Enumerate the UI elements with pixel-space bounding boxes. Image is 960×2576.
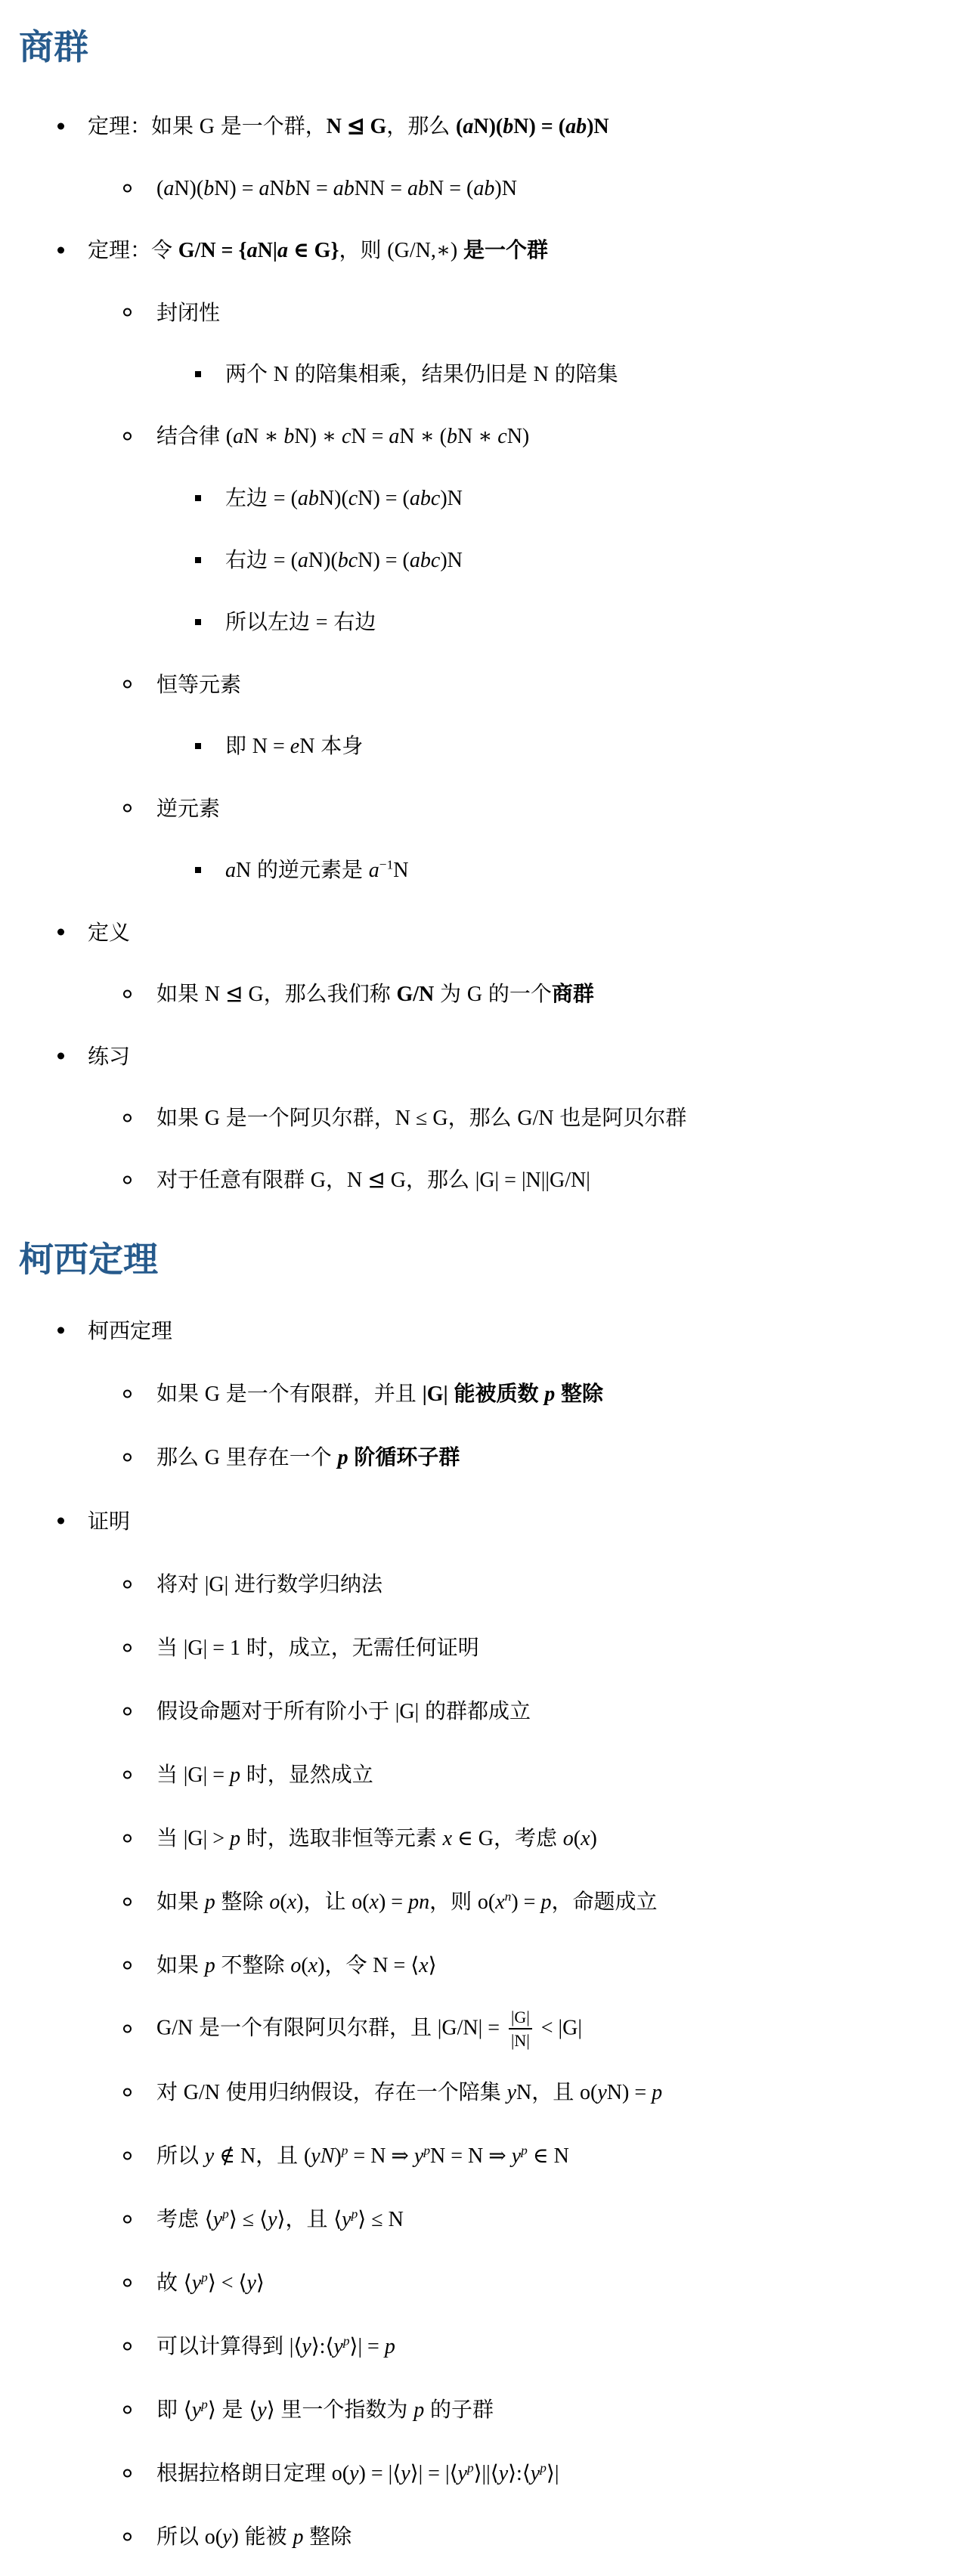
square-bullet-icon (195, 495, 201, 501)
list-item-text: 如果 N ⊴ G，那么我们称 G/N 为 G 的一个商群 (156, 980, 594, 1008)
section-body: 定理：如果 G 是一个群，N ⊴ G，那么 (aN)(bN) = (ab)N (… (0, 95, 960, 1211)
section-heading: 柯西定理 (19, 1240, 960, 1279)
list-item-text: 假设命题对于所有阶小于 |G| 的群都成立 (156, 1698, 531, 1725)
list-item-text: 当 |G| > p 时，选取非恒等元素 x ∈ G，考虑 o(x) (156, 1825, 597, 1852)
disc-bullet-icon (57, 929, 64, 936)
disc-bullet-icon (57, 1327, 64, 1334)
circle-bullet-icon (123, 2025, 132, 2033)
list-item: 所以左边 = 右边 (0, 591, 960, 653)
list-item-text: 两个 N 的陪集相乘，结果仍旧是 N 的陪集 (225, 361, 618, 388)
list-item-text: aN 的逆元素是 a−1N (225, 856, 409, 884)
disc-bullet-icon (57, 247, 64, 254)
disc-bullet-icon (57, 123, 64, 130)
list-item-text: 对于任意有限群 G，N ⊴ G，那么 |G| = |N||G/N| (156, 1166, 590, 1194)
square-bullet-icon (195, 743, 201, 749)
list-item: 定理：令 G/N = {aN|a ∈ G}，则 (G/N,∗) 是一个群 (0, 219, 960, 281)
list-item-text: 那么 G 里存在一个 p 阶循环子群 (156, 1444, 460, 1471)
list-item-text: 根据拉格朗日定理 o(y) = |⟨y⟩| = |⟨yp⟩||⟨y⟩:⟨yp⟩| (156, 2460, 559, 2487)
circle-bullet-icon (123, 2406, 132, 2414)
list-item-text: 定理：令 G/N = {aN|a ∈ G}，则 (G/N,∗) 是一个群 (88, 237, 548, 264)
list-item: 故 ⟨yp⟩ < ⟨y⟩ (0, 2251, 960, 2314)
list-item: 当 |G| = p 时，显然成立 (0, 1743, 960, 1807)
list-item: 假设命题对于所有阶小于 |G| 的群都成立 (0, 1680, 960, 1743)
disc-bullet-icon (57, 1053, 64, 1060)
list-item: 定理：如果 G 是一个群，N ⊴ G，那么 (aN)(bN) = (ab)N (0, 95, 960, 157)
circle-bullet-icon (123, 2279, 132, 2287)
list-item: (aN)(bN) = aNbN = abNN = abN = (ab)N (0, 157, 960, 219)
list-item: 右边 = (aN)(bcN) = (abc)N (0, 529, 960, 591)
list-item: 当 |G| = 1 时，成立，无需任何证明 (0, 1616, 960, 1680)
circle-bullet-icon (123, 2152, 132, 2160)
list-item-text: 结合律 (aN ∗ bN) ∗ cN = aN ∗ (bN ∗ cN) (156, 423, 529, 450)
list-item-text: 所以 o(y) 能被 p 整除 (156, 2523, 351, 2550)
circle-bullet-icon (123, 2215, 132, 2224)
circle-bullet-icon (123, 1961, 132, 1970)
circle-bullet-icon (123, 184, 132, 193)
list-item: 将对 |G| 进行数学归纳法 (0, 1553, 960, 1616)
list-item-text: 证明 (88, 1508, 130, 1534)
list-item: 即 N = eN 本身 (0, 715, 960, 777)
list-item-text: 柯西定理 (88, 1317, 172, 1344)
document-section: 柯西定理 柯西定理 如果 G 是一个有限群，并且 |G| 能被质数 p 整除 那… (0, 1240, 960, 2568)
list-item-text: 如果 G 是一个有限群，并且 |G| 能被质数 p 整除 (156, 1380, 603, 1407)
disc-bullet-icon (57, 1518, 64, 1525)
list-item-text: 即 ⟨yp⟩ 是 ⟨y⟩ 里一个指数为 p 的子群 (156, 2396, 494, 2423)
list-item: 对于任意有限群 G，N ⊴ G，那么 |G| = |N||G/N| (0, 1149, 960, 1211)
document-section: 商群 定理：如果 G 是一个群，N ⊴ G，那么 (aN)(bN) = (ab)… (0, 27, 960, 1211)
section-body: 柯西定理 如果 G 是一个有限群，并且 |G| 能被质数 p 整除 那么 G 里… (0, 1299, 960, 2568)
circle-bullet-icon (123, 2088, 132, 2097)
list-item: 如果 p 不整除 o(x)，令 N = ⟨x⟩ (0, 1934, 960, 1997)
list-item: 考虑 ⟨yp⟩ ≤ ⟨y⟩，且 ⟨yp⟩ ≤ N (0, 2187, 960, 2251)
list-item-text: 即 N = eN 本身 (225, 732, 363, 760)
list-item: 两个 N 的陪集相乘，结果仍旧是 N 的陪集 (0, 343, 960, 405)
document-body: 商群 定理：如果 G 是一个群，N ⊴ G，那么 (aN)(bN) = (ab)… (0, 27, 960, 2568)
square-bullet-icon (195, 619, 201, 625)
list-item: 如果 p 整除 o(x)，让 o(x) = pn，则 o(xn) = p，命题成… (0, 1870, 960, 1934)
circle-bullet-icon (123, 1644, 132, 1652)
circle-bullet-icon (123, 680, 132, 689)
circle-bullet-icon (123, 990, 132, 999)
circle-bullet-icon (123, 1454, 132, 1462)
list-item-text: 如果 p 整除 o(x)，让 o(x) = pn，则 o(xn) = p，命题成… (156, 1888, 657, 1915)
list-item: 定义 (0, 901, 960, 963)
list-item-text: 如果 p 不整除 o(x)，令 N = ⟨x⟩ (156, 1952, 437, 1979)
list-item-text: 可以计算得到 |⟨y⟩:⟨yp⟩| = p (156, 2333, 395, 2360)
list-item: 恒等元素 (0, 653, 960, 715)
list-item-text: (aN)(bN) = aNbN = abNN = abN = (ab)N (156, 175, 517, 202)
circle-bullet-icon (123, 2533, 132, 2541)
section-heading: 商群 (19, 27, 960, 67)
list-item-text: 对 G/N 使用归纳假设，存在一个陪集 yN，且 o(yN) = p (156, 2079, 662, 2106)
square-bullet-icon (195, 557, 201, 563)
list-item: 当 |G| > p 时，选取非恒等元素 x ∈ G，考虑 o(x) (0, 1807, 960, 1870)
list-item: 即 ⟨yp⟩ 是 ⟨y⟩ 里一个指数为 p 的子群 (0, 2378, 960, 2441)
circle-bullet-icon (123, 1176, 132, 1184)
list-item: aN 的逆元素是 a−1N (0, 839, 960, 901)
circle-bullet-icon (123, 1581, 132, 1589)
list-item: 可以计算得到 |⟨y⟩:⟨yp⟩| = p (0, 2314, 960, 2378)
circle-bullet-icon (123, 1390, 132, 1398)
square-bullet-icon (195, 867, 201, 873)
circle-bullet-icon (123, 1834, 132, 1843)
list-item: 那么 G 里存在一个 p 阶循环子群 (0, 1426, 960, 1489)
list-item: 所以 y ∉ N，且 (yN)p = N ⇒ ypN = N ⇒ yp ∈ N (0, 2124, 960, 2187)
list-item-text: 定义 (88, 919, 130, 946)
circle-bullet-icon (123, 1114, 132, 1122)
list-item-text: 将对 |G| 进行数学归纳法 (156, 1571, 382, 1598)
list-item-text: 所以 y ∉ N，且 (yN)p = N ⇒ ypN = N ⇒ yp ∈ N (156, 2142, 569, 2169)
circle-bullet-icon (123, 2469, 132, 2478)
list-item-text: 封闭性 (156, 299, 220, 326)
circle-bullet-icon (123, 1898, 132, 1906)
circle-bullet-icon (123, 804, 132, 813)
circle-bullet-icon (123, 1771, 132, 1779)
fraction: |G||N| (509, 2008, 532, 2051)
list-item-text: 右边 = (aN)(bcN) = (abc)N (225, 546, 463, 574)
list-item-text: 当 |G| = 1 时，成立，无需任何证明 (156, 1634, 479, 1661)
list-item-text: 所以左边 = 右边 (225, 608, 376, 636)
list-item: 如果 N ⊴ G，那么我们称 G/N 为 G 的一个商群 (0, 963, 960, 1025)
list-item: 练习 (0, 1025, 960, 1087)
square-bullet-icon (195, 371, 201, 377)
list-item: 根据拉格朗日定理 o(y) = |⟨y⟩| = |⟨yp⟩||⟨y⟩:⟨yp⟩| (0, 2441, 960, 2505)
list-item: 左边 = (abN)(cN) = (abc)N (0, 467, 960, 529)
list-item-text: 逆元素 (156, 795, 220, 822)
list-item: 结合律 (aN ∗ bN) ∗ cN = aN ∗ (bN ∗ cN) (0, 405, 960, 467)
list-item-text: 练习 (88, 1043, 130, 1070)
circle-bullet-icon (123, 308, 132, 317)
circle-bullet-icon (123, 1708, 132, 1716)
list-item: 证明 (0, 1489, 960, 1553)
list-item: 如果 G 是一个有限群，并且 |G| 能被质数 p 整除 (0, 1362, 960, 1426)
list-item: 对 G/N 使用归纳假设，存在一个陪集 yN，且 o(yN) = p (0, 2060, 960, 2124)
circle-bullet-icon (123, 2342, 132, 2351)
list-item-text: 故 ⟨yp⟩ < ⟨y⟩ (156, 2269, 265, 2296)
list-item: 柯西定理 (0, 1299, 960, 1362)
list-item-text: 恒等元素 (156, 671, 241, 698)
list-item-text: 如果 G 是一个阿贝尔群，N ≤ G，那么 G/N 也是阿贝尔群 (156, 1104, 686, 1132)
list-item-text: 当 |G| = p 时，显然成立 (156, 1761, 373, 1788)
list-item: 所以 o(y) 能被 p 整除 (0, 2505, 960, 2568)
list-item-text: 考虑 ⟨yp⟩ ≤ ⟨y⟩，且 ⟨yp⟩ ≤ N (156, 2206, 404, 2233)
list-item-text: G/N 是一个有限阿贝尔群，且 |G/N| = |G||N| < |G| (156, 2008, 582, 2051)
circle-bullet-icon (123, 432, 132, 441)
list-item-text: 左边 = (abN)(cN) = (abc)N (225, 485, 463, 512)
notes-document: 商群 定理：如果 G 是一个群，N ⊴ G，那么 (aN)(bN) = (ab)… (0, 0, 960, 2568)
list-item: 封闭性 (0, 281, 960, 343)
list-item: 如果 G 是一个阿贝尔群，N ≤ G，那么 G/N 也是阿贝尔群 (0, 1087, 960, 1149)
list-item: 逆元素 (0, 777, 960, 839)
list-item: G/N 是一个有限阿贝尔群，且 |G/N| = |G||N| < |G| (0, 1997, 960, 2060)
list-item-text: 定理：如果 G 是一个群，N ⊴ G，那么 (aN)(bN) = (ab)N (88, 113, 609, 140)
